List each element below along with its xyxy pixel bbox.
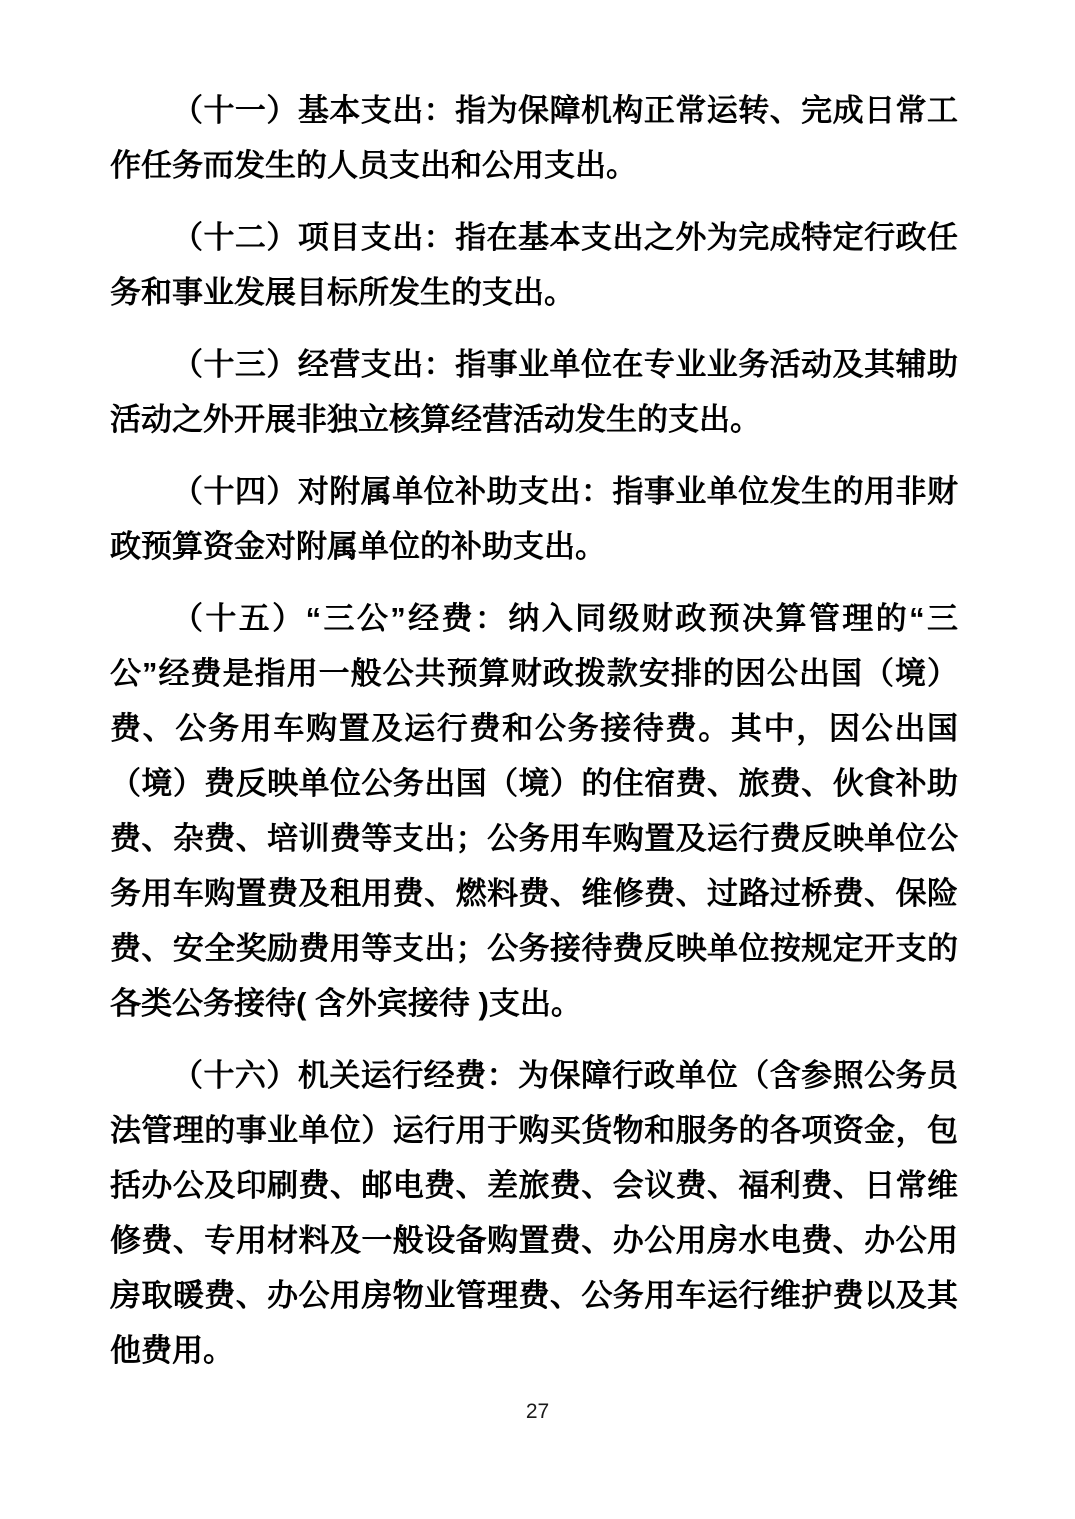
paragraph-item-12: （十二）项目支出：指在基本支出之外为完成特定行政任务和事业发展目标所发生的支出。 [110,210,958,320]
page-footer: 27 [0,1400,1075,1424]
paragraph-item-14: （十四）对附属单位补助支出：指事业单位发生的用非财政预算资金对附属单位的补助支出… [110,464,958,574]
paragraph-item-16: （十六）机关运行经费：为保障行政单位（含参照公务员法管理的事业单位）运行用于购买… [110,1048,958,1378]
paragraph-item-15: （十五）“三公”经费：纳入同级财政预决算管理的“三公”经费是指用一般公共预算财政… [110,591,958,1031]
page-number: 27 [526,1400,549,1423]
document-body: （十一）基本支出：指为保障机构正常运转、完成日常工作任务而发生的人员支出和公用支… [110,83,958,1395]
paragraph-item-11: （十一）基本支出：指为保障机构正常运转、完成日常工作任务而发生的人员支出和公用支… [110,83,958,193]
document-page: （十一）基本支出：指为保障机构正常运转、完成日常工作任务而发生的人员支出和公用支… [0,0,1075,1519]
paragraph-item-13: （十三）经营支出：指事业单位在专业业务活动及其辅助活动之外开展非独立核算经营活动… [110,337,958,447]
